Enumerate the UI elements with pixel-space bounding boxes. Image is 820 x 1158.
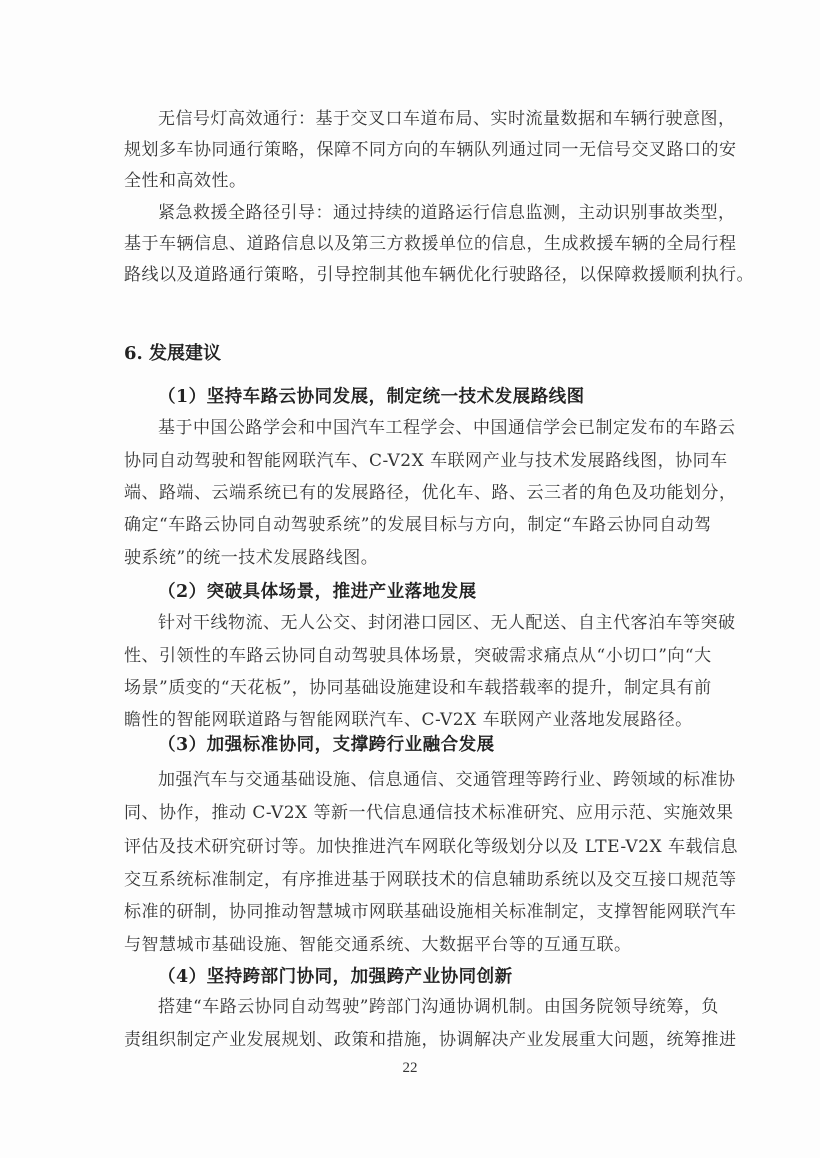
section-heading: 6. 发展建议 [124, 341, 221, 367]
paragraph-line: 紧急救援全路径引导：通过持续的道路运行信息监测，主动识别事故类型， [158, 201, 696, 225]
paragraph-line: 驶系统”的统一技术发展路线图。 [124, 546, 696, 570]
paragraph-line: 责组织制定产业发展规划、政策和措施，协调解决产业发展重大问题，统筹推进 [124, 1028, 696, 1052]
paragraph-line: 标准的研制，协同推动智慧城市网联基础设施相关标准制定，支撑智能网联汽车 [124, 900, 696, 924]
paragraph-line: 搭建“车路云协同自动驾驶”跨部门沟通协调机制。由国务院领导统筹，负 [158, 995, 696, 1019]
subsection-heading: （2）突破具体场景，推进产业落地发展 [158, 579, 477, 605]
subsection-heading: （1）坚持车路云协同发展，制定统一技术发展路线图 [158, 384, 585, 410]
paragraph-line: 加强汽车与交通基础设施、信息通信、交通管理等跨行业、跨领域的标准协 [158, 768, 696, 792]
paragraph-line: 同、协作，推动 C-V2X 等新一代信息通信技术标准研究、应用示范、实施效果 [124, 801, 696, 825]
paragraph-line: 路线以及道路通行策略，引导控制其他车辆优化行驶路径，以保障救援顺利执行。 [124, 263, 696, 287]
paragraph-line: 协同自动驾驶和智能网联汽车、C-V2X 车联网产业与技术发展路线图，协同车 [124, 449, 696, 473]
paragraph-line: 确定“车路云协同自动驾驶系统”的发展目标与方向，制定“车路云协同自动驾 [124, 513, 696, 537]
paragraph-line: 评估及技术研究研讨等。加快推进汽车网联化等级划分以及 LTE-V2X 车载信息 [124, 835, 696, 859]
subsection-heading: （3）加强标准协同，支撑跨行业融合发展 [158, 732, 495, 758]
paragraph-line: 场景”质变的“天花板”，协同基础设施建设和车载搭载率的提升，制定具有前 [124, 676, 696, 700]
paragraph-line: 与智慧城市基础设施、智能交通系统、大数据平台等的互通互联。 [124, 933, 696, 957]
paragraph-line: 针对干线物流、无人公交、封闭港口园区、无人配送、自主代客泊车等突破 [158, 611, 696, 635]
paragraph-line: 性、引领性的车路云协同自动驾驶具体场景，突破需求痛点从“小切口”向“大 [124, 644, 696, 668]
paragraph-line: 交互系统标准制定，有序推进基于网联技术的信息辅助系统以及交互接口规范等 [124, 868, 696, 892]
page-number: 22 [0, 1060, 820, 1077]
paragraph-line: 基于中国公路学会和中国汽车工程学会、中国通信学会已制定发布的车路云 [158, 416, 696, 440]
paragraph-line: 规划多车协同通行策略，保障不同方向的车辆队列通过同一无信号交叉路口的安 [124, 138, 696, 162]
paragraph-line: 基于车辆信息、道路信息以及第三方救援单位的信息，生成救援车辆的全局行程 [124, 232, 696, 256]
document-page: 无信号灯高效通行：基于交叉口车道布局、实时流量数据和车辆行驶意图， 规划多车协同… [0, 0, 820, 1158]
subsection-heading: （4）坚持跨部门协同，加强跨产业协同创新 [158, 964, 513, 990]
paragraph-line: 瞻性的智能网联道路与智能网联汽车、C-V2X 车联网产业落地发展路径。 [124, 708, 696, 732]
paragraph-line: 无信号灯高效通行：基于交叉口车道布局、实时流量数据和车辆行驶意图， [158, 107, 696, 131]
paragraph-line: 端、路端、云端系统已有的发展路径，优化车、路、云三者的角色及功能划分， [124, 481, 696, 505]
paragraph-line: 全性和高效性。 [124, 169, 696, 193]
